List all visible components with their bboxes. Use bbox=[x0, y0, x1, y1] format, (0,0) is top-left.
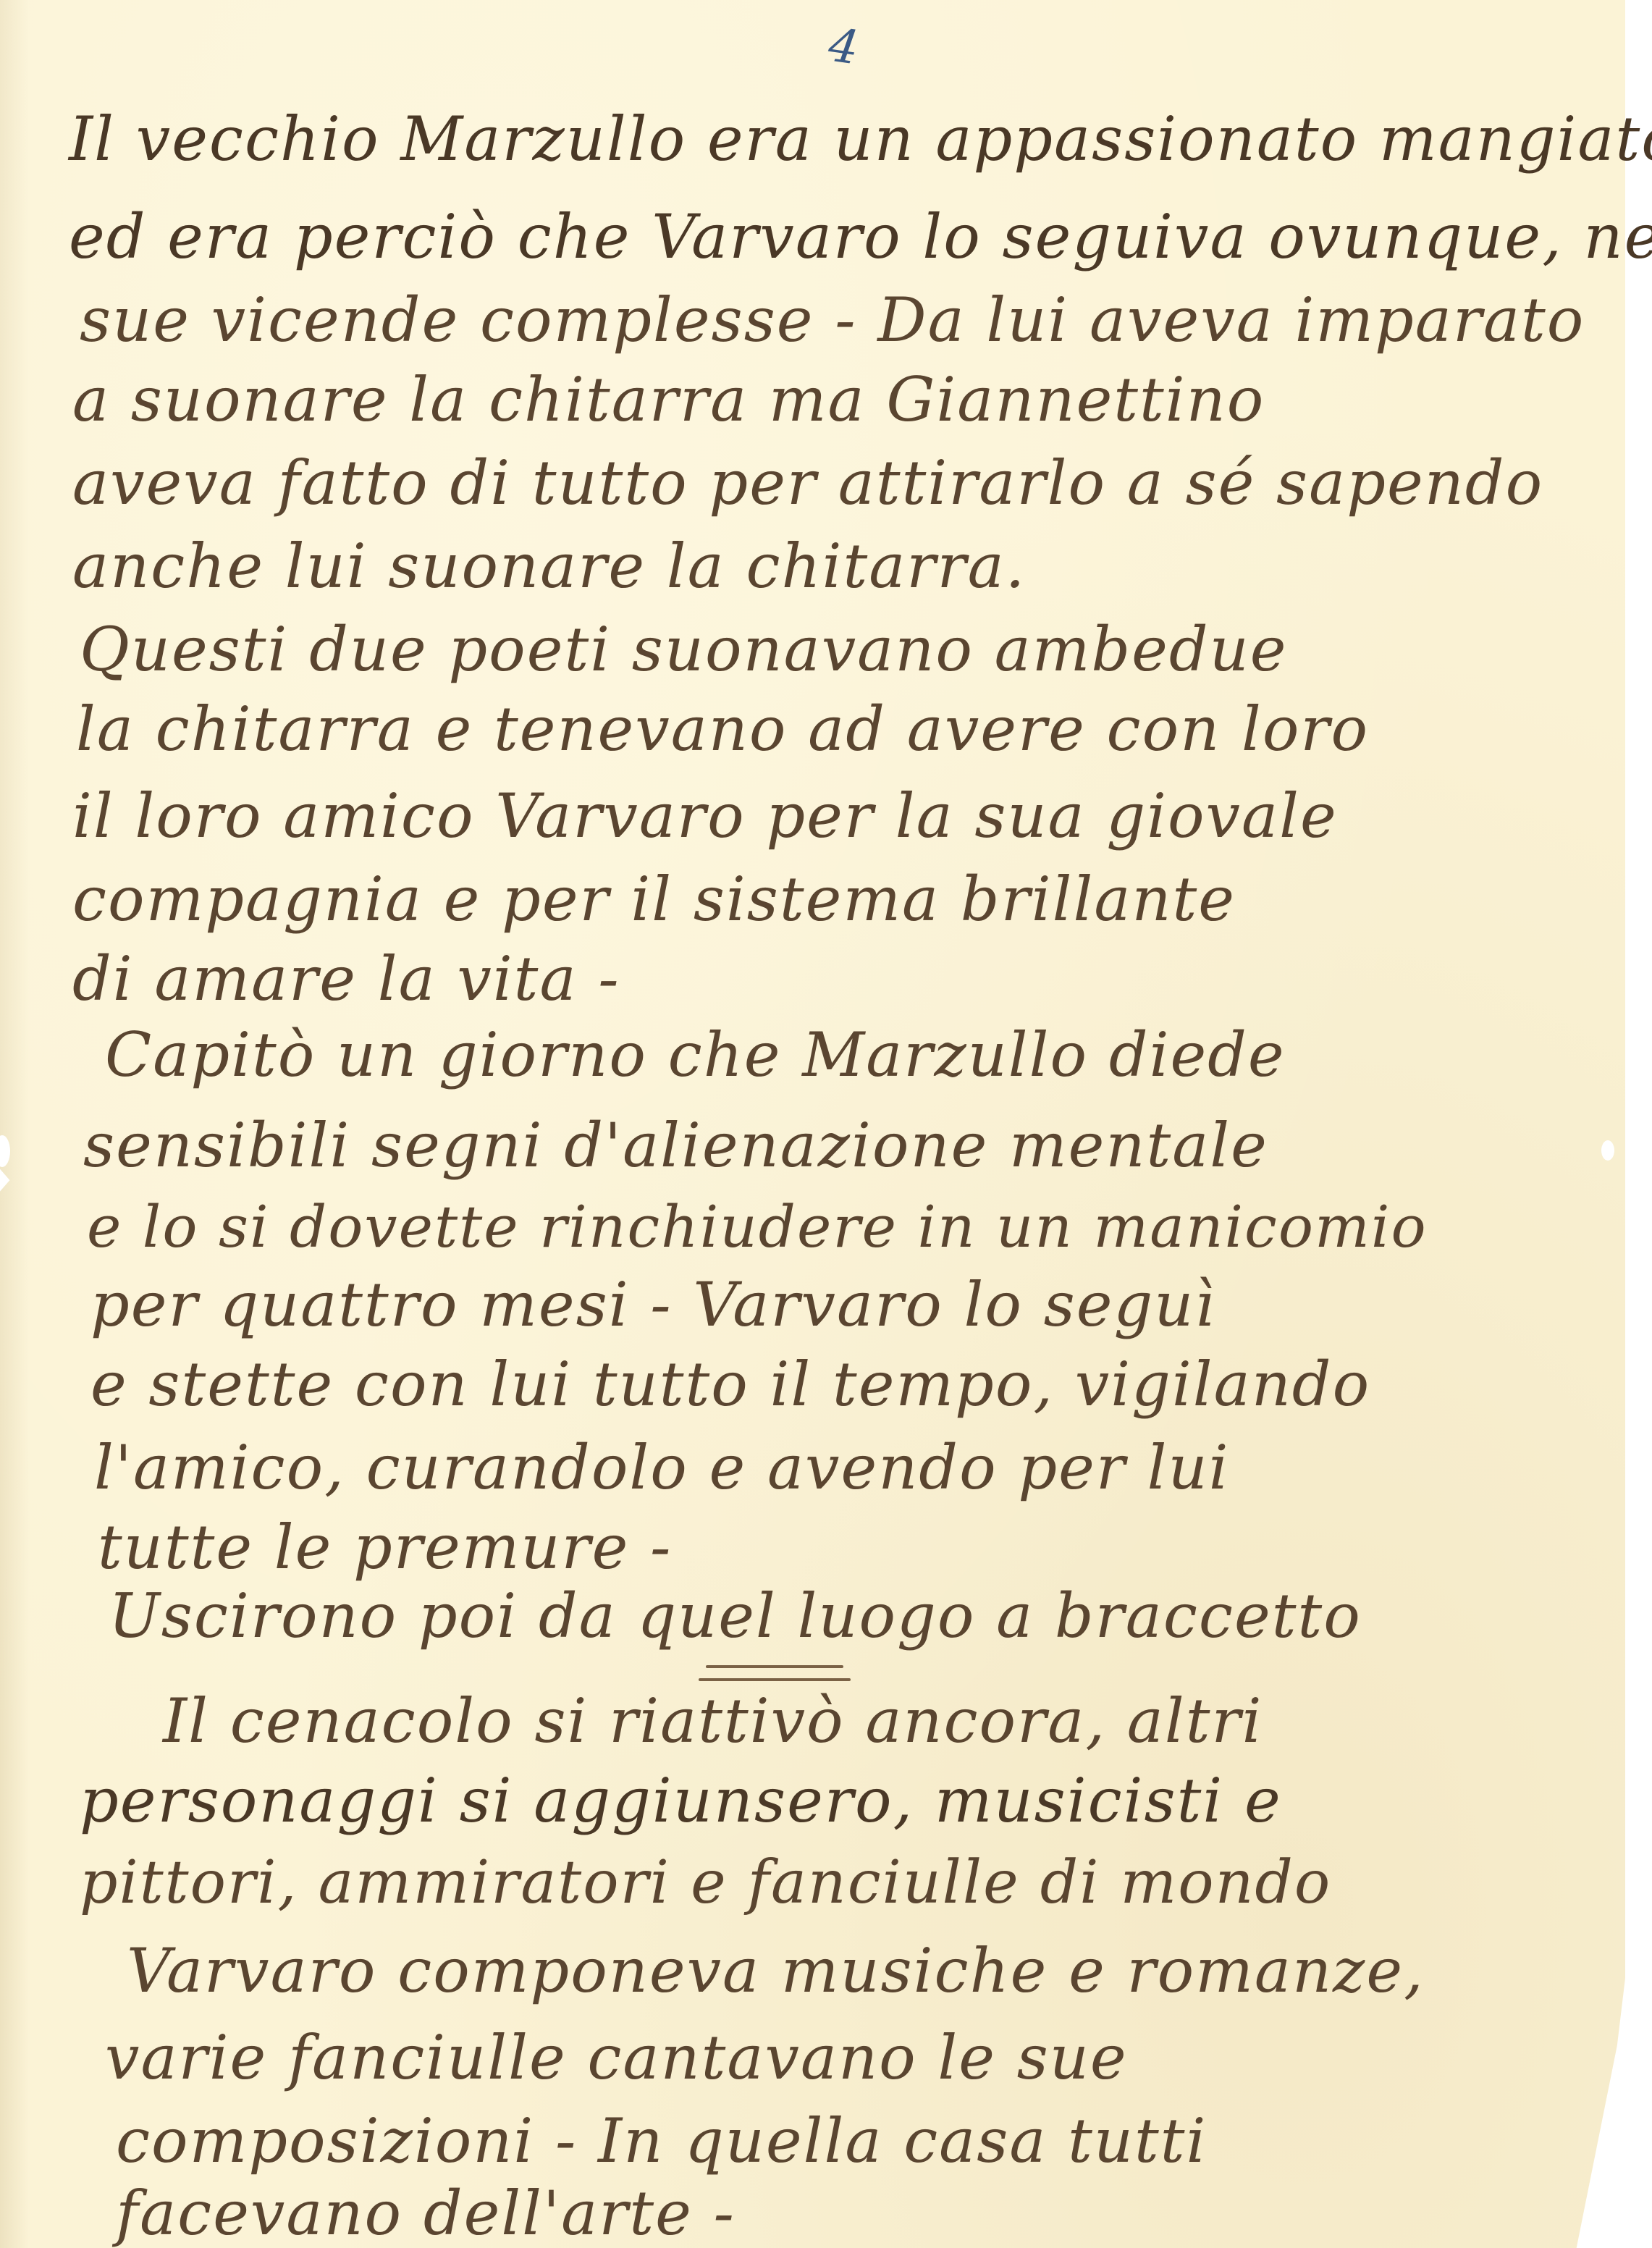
manuscript-line: ed era perciò che Varvaro lo seguiva ovu… bbox=[69, 206, 1652, 267]
manuscript-line: sue vicende complesse - Da lui aveva imp… bbox=[80, 290, 1585, 350]
manuscript-line: varie fanciulle cantavano le sue bbox=[105, 2027, 1128, 2088]
manuscript-line: aveva fatto di tutto per attirarlo a sé … bbox=[72, 452, 1543, 513]
manuscript-line: la chitarra e tenevano ad avere con loro bbox=[76, 699, 1369, 759]
manuscript-line: Il vecchio Marzullo era un appassionato … bbox=[69, 109, 1652, 169]
manuscript-line: Varvaro componeva musiche e romanze, bbox=[127, 1940, 1425, 2001]
manuscript-line: compagnia e per il sistema brillante bbox=[72, 869, 1236, 930]
manuscript-line: Questi due poeti suonavano ambedue bbox=[80, 619, 1287, 680]
manuscript-line: e lo si dovette rinchiudere in un manico… bbox=[87, 1198, 1428, 1256]
manuscript-line: Capitò un giorno che Marzullo diede bbox=[105, 1024, 1286, 1085]
manuscript-line: e stette con lui tutto il tempo, vigilan… bbox=[90, 1354, 1370, 1415]
manuscript-line: composizioni - In quella casa tutti bbox=[116, 2110, 1207, 2171]
manuscript-line: Il cenacolo si riattivò ancora, altri bbox=[163, 1691, 1263, 1751]
manuscript-line: per quattro mesi - Varvaro lo seguì bbox=[90, 1274, 1215, 1335]
manuscript-line: il loro amico Varvaro per la sua giovale bbox=[72, 786, 1338, 846]
manuscript-line: a suonare la chitarra ma Giannettino bbox=[72, 369, 1265, 430]
manuscript-line: sensibili segni d'alienazione mentale bbox=[83, 1115, 1268, 1176]
manuscript-line: di amare la vita - bbox=[72, 948, 620, 1009]
manuscript-line: l'amico, curandolo e avendo per lui bbox=[94, 1437, 1230, 1498]
paper-tear-right bbox=[1601, 1140, 1614, 1161]
manuscript-line: personaggi si aggiunsero, musicisti e bbox=[80, 1770, 1282, 1831]
manuscript-line: pittori, ammiratori e fanciulle di mondo bbox=[80, 1853, 1331, 1913]
manuscript-line: anche lui suonare la chitarra. bbox=[72, 536, 1026, 597]
correction-mark bbox=[706, 1665, 843, 1668]
manuscript-line: Uscirono poi da quel luogo a braccetto bbox=[109, 1586, 1362, 1646]
manuscript-line: tutte le premure - bbox=[98, 1517, 672, 1578]
correction-mark bbox=[699, 1678, 851, 1681]
manuscript-line: facevano dell'arte - bbox=[116, 2183, 736, 2244]
